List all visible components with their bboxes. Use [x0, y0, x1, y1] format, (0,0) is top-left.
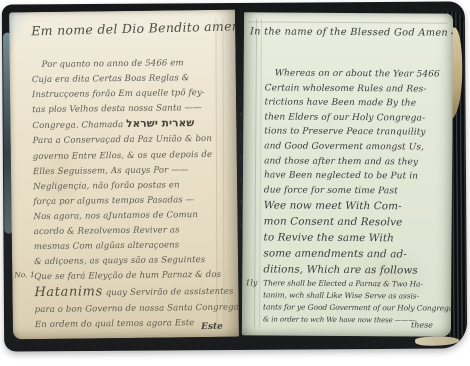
handwritten-line: tions to Preserve Peace tranquility [264, 125, 448, 141]
handwritten-line: tas plos Velhos desta nossa Santa —— [32, 101, 228, 118]
handwritten-line: mon Consent and Resolve [264, 214, 448, 231]
handwritten-line: ditions, Which are as follows [263, 262, 447, 279]
stitch-mark [240, 112, 242, 117]
handwritten-line: some amendments and ad- [263, 246, 447, 263]
right-page-lines: Whereas on or about the Year 5466Certain… [263, 66, 449, 327]
handwritten-line: and Good Goverment amongst Us, [264, 139, 448, 155]
handwritten-line: para o bon Governo de nossa Santa Congre… [35, 300, 231, 317]
handwritten-line: Whereas on or about the Year 5466 [265, 66, 449, 82]
stitch-mark [240, 177, 242, 182]
right-page-catchword: these [411, 320, 433, 329]
handwritten-line: trictions have Been made By the [264, 96, 448, 112]
handwritten-line: then Elders of our Holy Congrega- [264, 110, 448, 126]
handwritten-line: to Revive the same With [264, 230, 448, 247]
handwritten-line: Certain wholesome Rules and Res- [265, 81, 449, 97]
left-margin-note: No. 1 [14, 270, 35, 279]
stitch-mark [240, 155, 242, 160]
manuscript-photo: Em nome del Dio Bendito amen No. 1 Por q… [0, 0, 470, 366]
left-page-lines: Por quanto no anno de 5466 emCuja era di… [32, 56, 231, 333]
right-page: In the name of the Blessed God Amen 1ly … [242, 12, 453, 336]
handwritten-line: and those after them and as they [264, 154, 448, 170]
right-margin-note: 1ly [245, 278, 257, 287]
right-page-header: In the name of the Blessed God Amen [250, 26, 453, 39]
handwritten-line: Hatanims quay Servirão de assistentes [34, 283, 230, 302]
bottom-page-edges [415, 336, 459, 347]
handwritten-line: due force for some time Past [264, 183, 448, 199]
left-page-header: Em nome del Dio Bendito amen [31, 18, 239, 38]
left-page-catchword: Este [201, 322, 223, 332]
stitch-mark [240, 200, 242, 205]
stitch-mark [240, 133, 242, 138]
handwritten-line: Wee now meet With Com- [264, 198, 448, 215]
handwritten-line: governo Entre Ellos, & os que depois de [33, 147, 229, 164]
left-page: Em nome del Dio Bendito amen No. 1 Por q… [9, 10, 239, 340]
handwritten-line: have Been neglected to be Put in [264, 169, 448, 185]
handwritten-line: Para a Conservaçad da Paz União & bon [33, 132, 229, 149]
